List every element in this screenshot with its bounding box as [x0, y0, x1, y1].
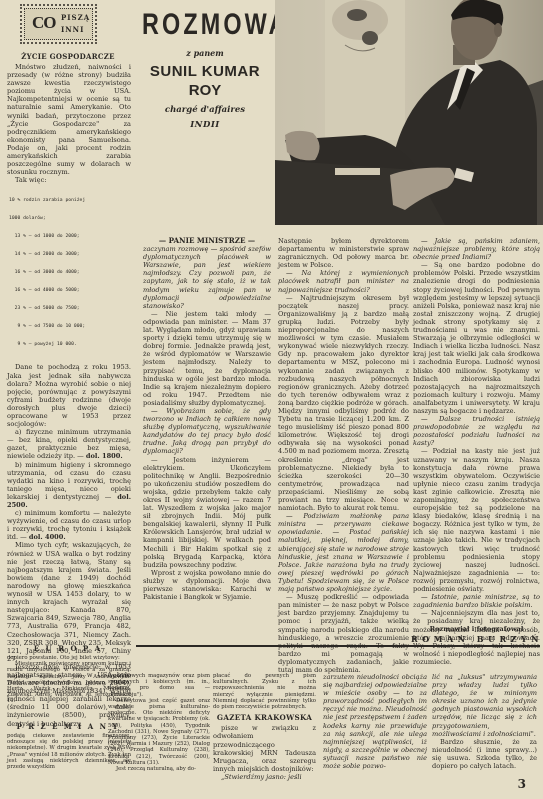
magazines-text: tygodniowych magazynów oraz pism sportow… — [108, 673, 210, 698]
author-name: ROMAN BURZYŃSKI — [411, 634, 541, 644]
budget-item-a: a) fizyczne minimum utrzymania — bez kin… — [7, 428, 131, 460]
question-3: — Na której z wymienionych placówek natr… — [278, 269, 409, 293]
tak-wiec: Tak więc: — [7, 176, 131, 184]
income-row: 10 % rodzin zarabia poniżej — [9, 198, 131, 204]
section-divider — [136, 645, 540, 647]
gazeta-quote-continued: zarzutem nieudolności obciąża się najbar… — [323, 673, 427, 770]
interview-column-3: — Jakie są, pańskim zdaniem, najważniejs… — [413, 237, 540, 666]
quote-text: zarzutem nieudolności obciąża się najbar… — [323, 673, 427, 770]
answer-6: — Muszę podkreślić — odpowiada pan minis… — [278, 593, 409, 674]
co-pisza-inni-logo: CO PISZĄ INNI — [24, 8, 93, 40]
credit-line: Rozmawiał i fotografował — [413, 625, 540, 633]
zycie-gospodarcze-article: Mnóstwo złudzeń, naiwności i przesady (w… — [7, 63, 131, 728]
income-row: 9 % — powyżej 10 000. — [9, 342, 131, 348]
income-row: 16 % — od 3000 do 4000; — [9, 270, 131, 276]
item-c-text: c) minimum komfortu — należyte wyżywieni… — [7, 509, 131, 541]
interviewee-title: chargé d'affaires — [140, 105, 270, 115]
interview-column-1: — PANIE MINISTRZE — zaczynam rozmowę — s… — [143, 237, 271, 601]
answer-7: — Są one bardzo podobne do problemów Pol… — [413, 261, 540, 415]
quote-end-text: lić na „luksus" utrzymywania przy władzy… — [432, 673, 537, 738]
gazeta-quote-end: lić na „luksus" utrzymywania przy władzy… — [432, 673, 537, 770]
income-row: 16 % — od 4000 do 5000; — [9, 288, 131, 294]
headline-rozmowa: ROZMOWA — [142, 8, 242, 42]
zycie-gospodarcze-heading: ŻYCIE GOSPODARCZE — [4, 52, 132, 61]
answer-1: — Nie jestem taki młody — odpowiada pan … — [143, 310, 271, 407]
question-7: — Istotnie, panie ministrze, są to zagad… — [413, 593, 540, 609]
europa-heading: E U R O P A — [4, 644, 132, 653]
question-6: — Dalsze trudności istnieją prawdopodobn… — [413, 415, 540, 447]
subsidy-text: płacać do pewnych pism kulturalnych. Zys… — [213, 673, 316, 710]
interviewee-name-line1: SUNIL KUMAR — [140, 63, 270, 80]
portrait-image — [275, 0, 543, 225]
gazeta-krakowska-heading: GAZETA KRAKOWSKA — [213, 714, 316, 722]
logo-inni: INNI — [61, 25, 84, 34]
page-number: 3 — [518, 777, 526, 791]
question-5: — Jakie są, pańskim zdaniem, najważniejs… — [413, 237, 540, 261]
answer-3: Wprost z wojska powołano mnie do służby … — [143, 569, 271, 601]
question-2: — Wyobrażam sobie, że gdy tworzono w Ind… — [143, 407, 271, 456]
budget-item-b: b) minimum higieny i skromnego utrzymani… — [7, 461, 131, 510]
editorial-comment: Bardzo słusznie, że za nieudolność (i in… — [432, 738, 537, 770]
item-c-value: dol. 4000. — [29, 533, 66, 541]
income-row: 9 % — od 7500 do 10 000; — [9, 324, 131, 330]
intro-paragraph: Mnóstwo złudzeń, naiwności i przesady (w… — [7, 63, 131, 176]
portrait-photo — [275, 0, 543, 225]
item-a-value: dol. 1800. — [86, 452, 123, 460]
income-row: 1000 dolarów; — [9, 216, 131, 222]
answer-5: — Najtrudniejszym okresem był początek n… — [278, 294, 409, 513]
answer-8: — Podział na kasty nie jest już uznawany… — [413, 447, 540, 593]
interview-opener: — PANIE MINISTRZE — — [143, 237, 271, 245]
gazeta-quote-start: „Stwierdźmy jasno: jeśli — [213, 773, 316, 781]
press-finances-continued: tygodniowych magazynów oraz pism sportow… — [108, 673, 210, 772]
question-4: — Podziwiam małżonkę pana ministra — prz… — [278, 512, 409, 593]
paragraph-2: Dane te pochodzą z roku 1953. Jaka jest … — [7, 363, 131, 428]
answer-2: — Jestem inżynierem — elektrykiem. Ukońc… — [143, 456, 271, 569]
income-row: 23 % — od 5000 do 7500; — [9, 306, 131, 312]
interviewee-country: INDII — [140, 120, 270, 130]
budget-item-c: c) minimum komfortu — należyte wyżywieni… — [7, 509, 131, 541]
item-b-text: b) minimum higieny i skromnego utrzymani… — [7, 461, 131, 501]
income-row: 14 % — od 2000 do 3000; — [9, 252, 131, 258]
gazeta-intro: pisze w związku z odwołaniem przewodnicz… — [213, 724, 316, 773]
answer-4: Następnie byłem dyrektorem departamentu … — [278, 237, 409, 269]
logo-co: CO — [32, 13, 56, 33]
interview-column-2: Następnie byłem dyrektorem departamentu … — [278, 237, 409, 674]
subheadline-z-panem: z panem — [140, 48, 270, 58]
income-table: 10 % rodzin zarabia poniżej 1000 dolarów… — [9, 186, 131, 360]
interviewee-name-line2: ROY — [140, 82, 270, 99]
gazeta-krakowska-section: płacać do pewnych pism kulturalnych. Zys… — [213, 673, 316, 781]
natural-text: Jest rzeczą naturalną, aby do- — [108, 766, 210, 772]
question-1: zaczynam rozmowę — spośród szefów dyplom… — [143, 245, 271, 310]
deficits-text: Deficytowa jest część gazet oraz wszystk… — [108, 698, 210, 766]
logo-pisza: PISZĄ — [61, 13, 90, 22]
income-row: 13 % — od 1000 do 2000; — [9, 234, 131, 240]
